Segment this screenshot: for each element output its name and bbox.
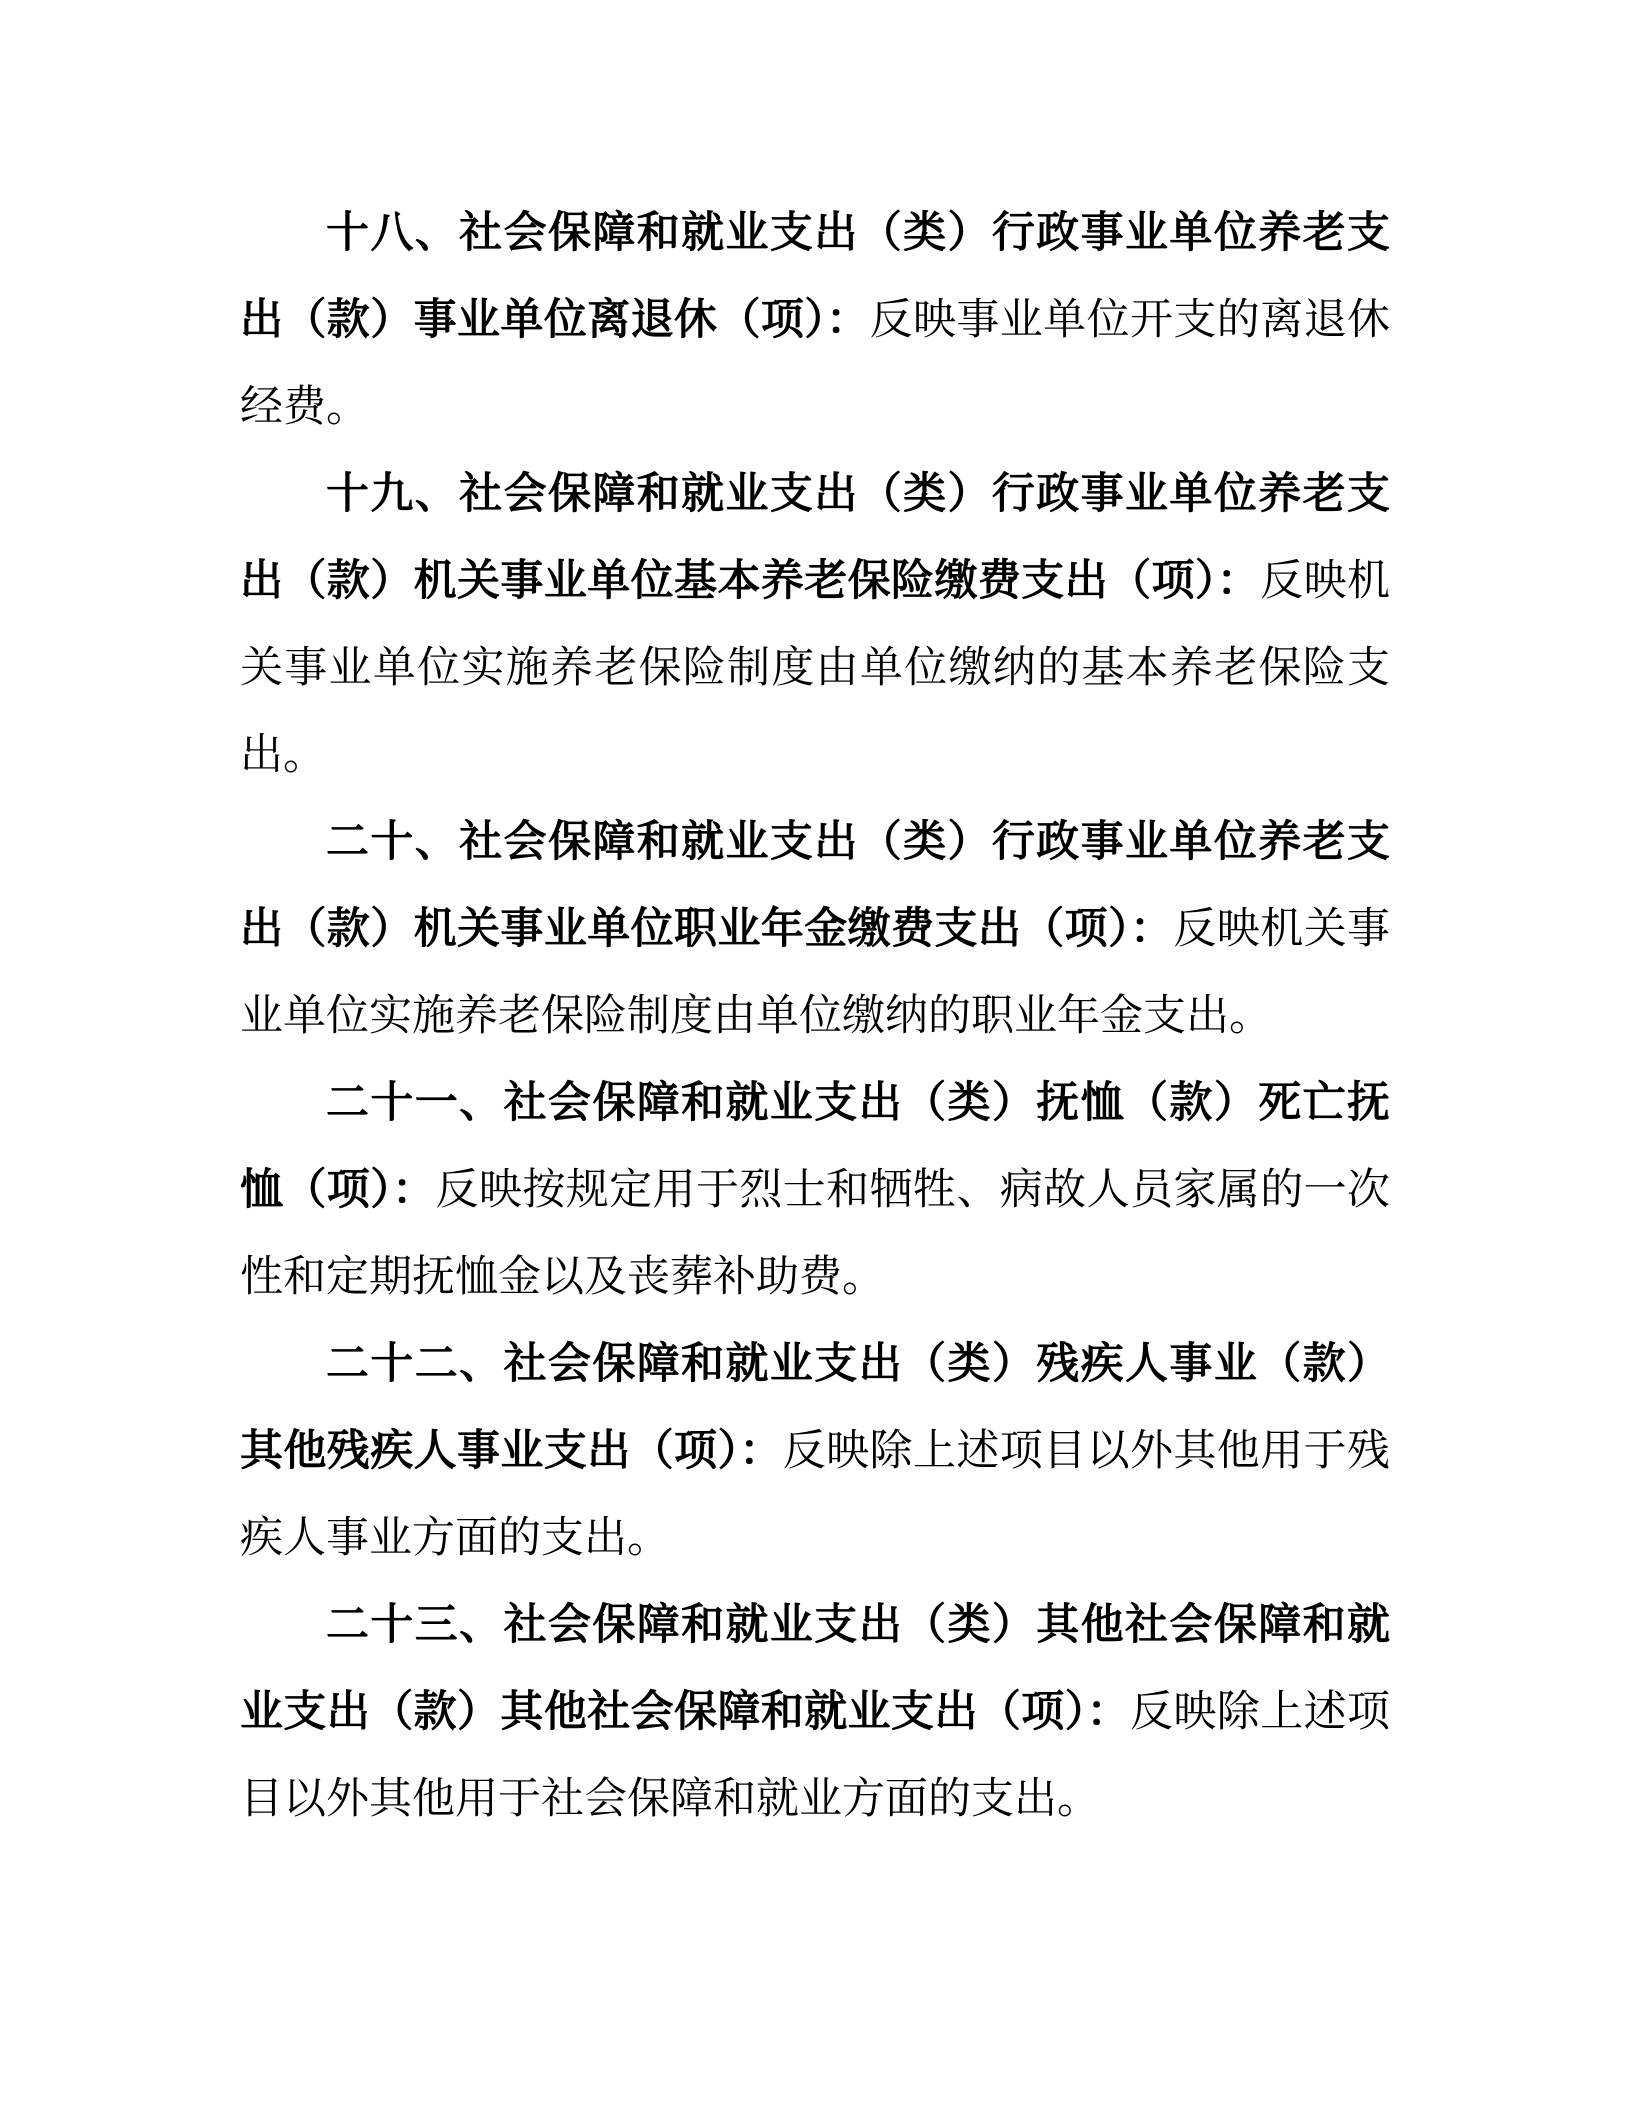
item-19-heading: 十九、社会保障和就业支出（类）行政事业单位养老支出（款）机关事业单位基本养老保险… xyxy=(240,470,1390,605)
paragraph-item-20: 二十、社会保障和就业支出（类）行政事业单位养老支出（款）机关事业单位职业年金缴费… xyxy=(240,799,1390,1060)
paragraph-item-22: 二十二、社会保障和就业支出（类）残疾人事业（款）其他残疾人事业支出（项）：反映除… xyxy=(240,1321,1390,1582)
paragraph-item-18: 十八、社会保障和就业支出（类）行政事业单位养老支出（款）事业单位离退休（项）：反… xyxy=(240,190,1390,451)
paragraph-item-19: 十九、社会保障和就业支出（类）行政事业单位养老支出（款）机关事业单位基本养老保险… xyxy=(240,451,1390,799)
paragraph-item-23: 二十三、社会保障和就业支出（类）其他社会保障和就业支出（款）其他社会保障和就业支… xyxy=(240,1582,1390,1843)
document-page: 十八、社会保障和就业支出（类）行政事业单位养老支出（款）事业单位离退休（项）：反… xyxy=(0,0,1632,2112)
paragraph-item-21: 二十一、社会保障和就业支出（类）抚恤（款）死亡抚恤（项）：反映按规定用于烈士和牺… xyxy=(240,1060,1390,1321)
document-body: 十八、社会保障和就业支出（类）行政事业单位养老支出（款）事业单位离退休（项）：反… xyxy=(240,190,1390,1843)
